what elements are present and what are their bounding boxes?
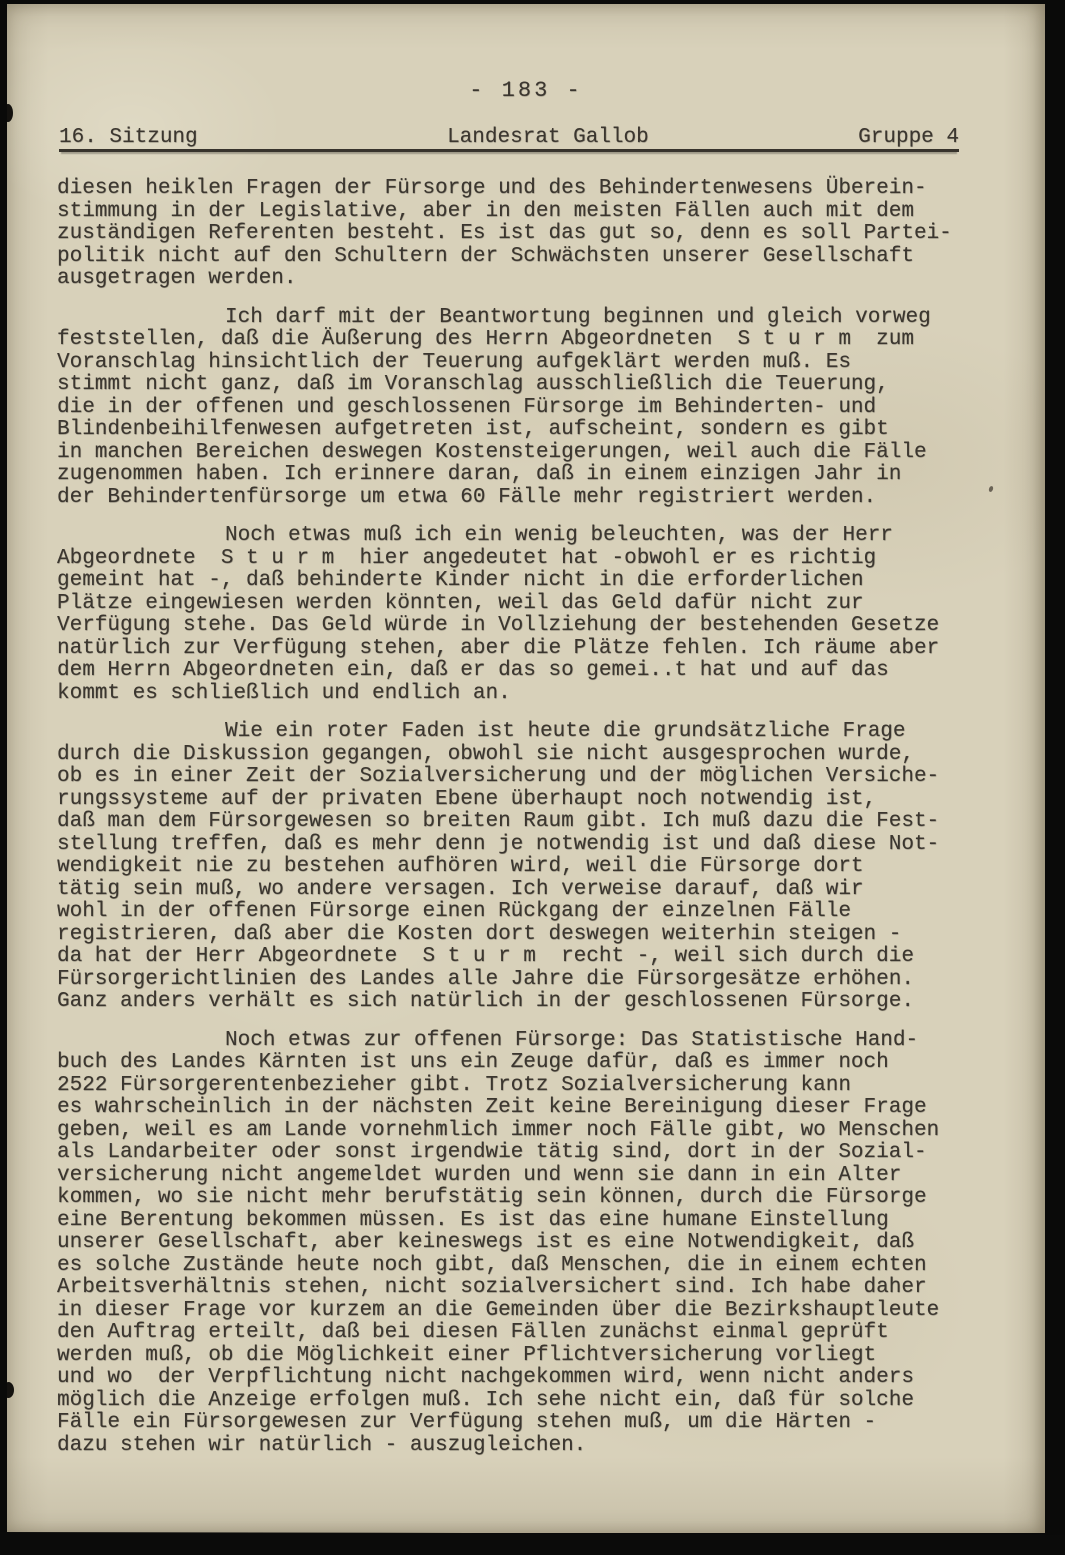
text-line: die in der offenen und geschlossenen Für… xyxy=(57,397,1002,420)
page-header: 16. Sitzung Landesrat Gallob Gruppe 4 xyxy=(59,116,959,152)
text-line: politik nicht auf den Schultern der Schw… xyxy=(57,246,1002,269)
text-line: den Auftrag erteilt, daß bei diesen Fäll… xyxy=(57,1322,1002,1345)
text-line: Arbeitsverhältnis stehen, nicht sozialve… xyxy=(57,1277,1002,1300)
text-line: dazu stehen wir natürlich - auszugleiche… xyxy=(57,1435,1002,1458)
text-line: und wo der Verpflichtung nicht nachgekom… xyxy=(57,1367,1002,1390)
text-line: stimmung in der Legislative, aber in den… xyxy=(57,201,1002,224)
text-line: da hat der Herr Abgeordnete S t u r m re… xyxy=(57,946,1002,969)
text-line: zuständigen Referenten besteht. Es ist d… xyxy=(57,223,1002,246)
text-line: buch des Landes Kärnten ist uns ein Zeug… xyxy=(57,1052,1002,1075)
text-line: rungssysteme auf der privaten Ebene über… xyxy=(57,789,1002,812)
text-line: feststellen, daß die Äußerung des Herrn … xyxy=(57,329,1002,352)
text-line: stimmt nicht ganz, daß im Voranschlag au… xyxy=(57,374,1002,397)
text-line: Ich darf mit der Beantwortung beginnen u… xyxy=(57,307,1002,330)
text-line: es solche Zustände heute noch gibt, daß … xyxy=(57,1255,1002,1278)
scanned-document-page: - 183 - 16. Sitzung Landesrat Gallob Gru… xyxy=(0,0,1065,1555)
text-line: in dieser Frage vor kurzem an die Gemein… xyxy=(57,1300,1002,1323)
text-line: 2522 Fürsorgerentenbezieher gibt. Trotz … xyxy=(57,1075,1002,1098)
text-line: Noch etwas muß ich ein wenig beleuchten,… xyxy=(57,525,1002,548)
header-group-label: Gruppe 4 xyxy=(858,126,959,149)
text-line: geben, weil es am Lande vornehmlich imme… xyxy=(57,1120,1002,1143)
document-body: diesen heiklen Fragen der Fürsorge und d… xyxy=(57,178,1002,1457)
text-line: unserer Gesellschaft, aber keineswegs is… xyxy=(57,1232,1002,1255)
text-line: wendigkeit nie zu bestehen aufhören wird… xyxy=(57,856,1002,879)
paragraph: Ich darf mit der Beantwortung beginnen u… xyxy=(57,307,1002,510)
paragraph: Noch etwas zur offenen Fürsorge: Das Sta… xyxy=(57,1030,1002,1458)
scan-edge-bottom xyxy=(0,1532,1065,1555)
text-line: wohl in der offenen Fürsorge einen Rückg… xyxy=(57,901,1002,924)
scan-artifact-blob xyxy=(7,1382,14,1398)
text-line: Fürsorgerichtlinien des Landes alle Jahr… xyxy=(57,969,1002,992)
text-line: diesen heiklen Fragen der Fürsorge und d… xyxy=(57,178,1002,201)
text-line: stellung treffen, daß es mehr denn je no… xyxy=(57,834,1002,857)
paragraph: Wie ein roter Faden ist heute die grunds… xyxy=(57,721,1002,1014)
scan-artifact-blob xyxy=(7,104,13,122)
page-number: - 183 - xyxy=(7,78,1045,103)
text-line: werden muß, ob die Möglichkeit einer Pfl… xyxy=(57,1345,1002,1368)
text-line: Voranschlag hinsichtlich der Teuerung au… xyxy=(57,352,1002,375)
text-line: Ganz anders verhält es sich natürlich in… xyxy=(57,991,1002,1014)
text-line: tätig sein muß, wo andere versagen. Ich … xyxy=(57,879,1002,902)
text-line: natürlich zur Verfügung stehen, aber die… xyxy=(57,638,1002,661)
text-line: möglich die Anzeige erfolgen muß. Ich se… xyxy=(57,1390,1002,1413)
text-line: der Behindertenfürsorge um etwa 60 Fälle… xyxy=(57,487,1002,510)
text-line: durch die Diskussion gegangen, obwohl si… xyxy=(57,744,1002,767)
text-line: kommen, wo sie nicht mehr berufstätig se… xyxy=(57,1187,1002,1210)
text-line: Noch etwas zur offenen Fürsorge: Das Sta… xyxy=(57,1030,1002,1053)
paper-sheet: - 183 - 16. Sitzung Landesrat Gallob Gru… xyxy=(7,4,1045,1533)
paragraph: Noch etwas muß ich ein wenig beleuchten,… xyxy=(57,525,1002,705)
text-line: gemeint hat -, daß behinderte Kinder nic… xyxy=(57,570,1002,593)
text-line: registrieren, daß aber die Kosten dort d… xyxy=(57,924,1002,947)
text-line: dem Herrn Abgeordneten ein, daß er das s… xyxy=(57,660,1002,683)
text-line: als Landarbeiter oder sonst irgendwie tä… xyxy=(57,1142,1002,1165)
text-line: Plätze eingewiesen werden könnten, weil … xyxy=(57,593,1002,616)
text-line: Blindenbeihilfenwesen aufgetreten ist, a… xyxy=(57,419,1002,442)
text-line: daß man dem Fürsorgewesen so breiten Rau… xyxy=(57,811,1002,834)
header-speaker-name: Landesrat Gallob xyxy=(447,126,649,149)
text-line: ausgetragen werden. xyxy=(57,268,1002,291)
text-line: Wie ein roter Faden ist heute die grunds… xyxy=(57,721,1002,744)
text-line: kommt es schließlich und endlich an. xyxy=(57,683,1002,706)
text-line: ob es in einer Zeit der Sozialversicheru… xyxy=(57,766,1002,789)
text-line: in manchen Bereichen deswegen Kostenstei… xyxy=(57,442,1002,465)
text-line: Verfügung stehe. Das Geld würde in Vollz… xyxy=(57,615,1002,638)
text-line: zugenommen haben. Ich erinnere daran, da… xyxy=(57,464,1002,487)
text-line: Fälle ein Fürsorgewesen zur Verfügung st… xyxy=(57,1412,1002,1435)
text-line: Abgeordnete S t u r m hier angedeutet ha… xyxy=(57,548,1002,571)
text-line: versicherung nicht angemeldet wurden und… xyxy=(57,1165,1002,1188)
header-session-label: 16. Sitzung xyxy=(59,126,198,149)
text-line: es wahrscheinlich in der nächsten Zeit k… xyxy=(57,1097,1002,1120)
paragraph: diesen heiklen Fragen der Fürsorge und d… xyxy=(57,178,1002,291)
text-line: eine Berentung bekommen müssen. Es ist d… xyxy=(57,1210,1002,1233)
